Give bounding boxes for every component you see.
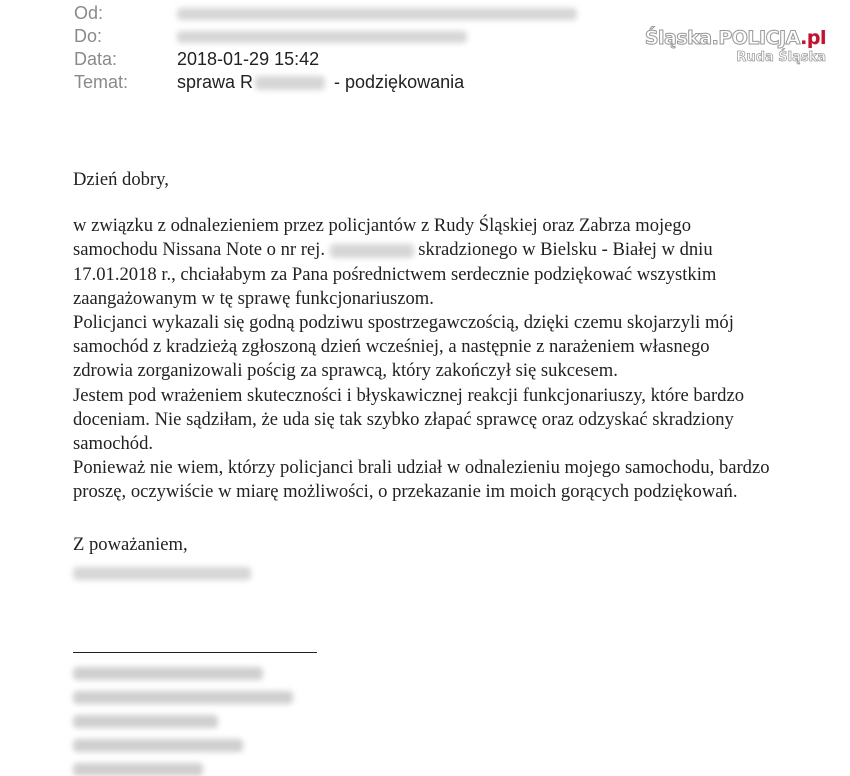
signature-divider [73,652,317,653]
subject-redacted [255,76,325,90]
subject-prefix: sprawa R [177,72,253,92]
paragraph-3: Jestem pod wrażeniem skuteczności i błys… [73,384,773,457]
watermark-main: Śląska.POLICJA.pl [645,27,826,49]
signature-footer-redacted [73,656,293,776]
footer-line [73,715,218,728]
greeting: Dzień dobry, [73,168,793,192]
letter-body: Dzień dobry, w związku z odnalezieniem p… [73,168,793,585]
to-value-redacted [177,25,467,48]
from-value-redacted [177,2,577,25]
watermark-domain: .pl [800,27,826,49]
watermark-sub: Ruda Śląska [645,50,826,65]
subject-suffix: - podziękowania [329,72,464,92]
to-label: Do: [74,25,102,48]
police-watermark-logo: Śląska.POLICJA.pl Ruda Śląska [645,27,826,65]
plate-redacted [330,244,414,258]
date-value: 2018-01-29 15:42 [177,48,319,71]
footer-line [73,763,203,776]
footer-line [73,739,243,752]
paragraph-4: Ponieważ nie wiem, którzy policjanci bra… [73,456,773,504]
from-label: Od: [74,2,103,25]
footer-line [73,691,293,704]
footer-line [73,667,263,680]
paragraph-2: Policjanci wykazali się godną podziwu sp… [73,311,773,384]
subject-value: sprawa R - podziękowania [177,71,464,94]
date-label: Data: [74,48,117,71]
subject-label: Temat: [74,71,128,94]
signature-name-redacted [73,561,793,585]
paragraph-1: w związku z odnalezieniem przez policjan… [73,214,773,311]
closing: Z poważaniem, [73,533,793,557]
